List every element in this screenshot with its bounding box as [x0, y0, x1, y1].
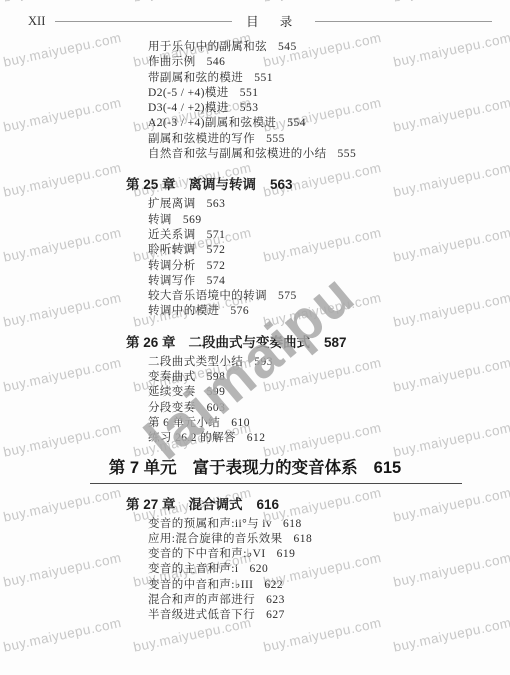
toc-entry-title: 转调 [148, 214, 172, 226]
toc-entry-title: 半音级进式低音下行 [148, 609, 255, 621]
unit-heading-rule [90, 483, 462, 484]
toc-entry-title: 变奏曲式 [148, 371, 196, 383]
watermark-tile: buy.maiyuepu.com [262, 0, 383, 5]
toc-entry-title: 较大音乐语境中的转调 [148, 290, 267, 302]
toc-entry-page: 619 [277, 548, 296, 560]
header-rule-right [315, 21, 492, 22]
toc-entry: 变奏曲式598 [148, 370, 510, 385]
toc-entry: 延续变奏599 [148, 385, 510, 400]
toc-entry-title: 近关系调 [148, 229, 196, 241]
toc-entry-title: 扩展离调 [148, 198, 196, 210]
toc-entry-page: 569 [183, 214, 202, 226]
book-page: buy.maiyuepu.combuy.maiyuepu.combuy.maiy… [0, 0, 510, 675]
toc-entry-page: 545 [278, 41, 297, 53]
toc-entry-title: 带副属和弦的模进 [148, 72, 243, 84]
toc-entry: 第 6 单元小结610 [148, 416, 510, 431]
toc-entry-page: 546 [207, 56, 226, 68]
toc-entry: 变音的中音和声:♭III622 [148, 578, 510, 593]
toc-entry-page: 572 [207, 244, 226, 256]
toc-entry: 变音的预属和声:ii°与 iv618 [148, 517, 510, 532]
toc-entry-title: 聆听转调 [148, 244, 196, 256]
toc-entry-list: 二段曲式类型小结593变奏曲式598延续变奏599分段变奏603第 6 单元小结… [148, 355, 510, 447]
watermark-tile: buy.maiyuepu.com [132, 0, 253, 5]
toc-entry-page: 555 [266, 133, 285, 145]
toc-entry: 转调中的模进576 [148, 304, 510, 319]
page-header: XII 目 录 [0, 12, 510, 30]
header-rule-left [55, 21, 232, 22]
toc-entry-page: 618 [294, 533, 313, 545]
toc-entry: 较大音乐语境中的转调575 [148, 289, 510, 304]
toc-entry-page: 554 [287, 117, 306, 129]
heading-label: 第 7 单元 [109, 459, 177, 477]
toc-entry-title: 用于乐句中的副属和弦 [148, 41, 267, 53]
toc-entry-title: 变音的预属和声:ii°与 iv [148, 518, 272, 530]
toc-entry-page: 618 [283, 518, 302, 530]
toc-entry-title: 副属和弦模进的写作 [148, 133, 255, 145]
toc-entry-title: 作曲示例 [148, 56, 196, 68]
heading-page: 616 [257, 497, 280, 512]
heading-title: 富于表现力的变音体系 [193, 459, 358, 477]
toc-entry-title: 转调写作 [148, 275, 196, 287]
toc-entry-page: 623 [266, 594, 285, 606]
heading-label: 第 27 章 [126, 497, 176, 512]
toc-entry: A2(-3 / +4)副属和弦模进554 [148, 116, 510, 131]
toc-entry-page: 563 [207, 198, 226, 210]
toc-entry-page: 593 [254, 356, 273, 368]
toc-entry: 近关系调571 [148, 228, 510, 243]
unit-heading-block: 第 7 单元富于表现力的变音体系615 [0, 458, 510, 484]
toc-entry: 用于乐句中的副属和弦545 [148, 40, 510, 55]
watermark-tile: buy.maiyuepu.com [392, 0, 510, 5]
heading-title: 离调与转调 [189, 177, 257, 192]
toc-entry: 带副属和弦的模进551 [148, 71, 510, 86]
toc-entry-list: 扩展离调563转调569近关系调571聆听转调572转调分析572转调写作574… [148, 197, 510, 319]
toc-entry: D2(-5 / +4)模进551 [148, 86, 510, 101]
toc-entry-page: 612 [247, 432, 266, 444]
toc-entry-title: D2(-5 / +4)模进 [148, 87, 229, 99]
toc-entry-title: 分段变奏 [148, 402, 196, 414]
toc-entry-title: 二段曲式类型小结 [148, 356, 243, 368]
toc-entry-title: 混合和声的声部进行 [148, 594, 255, 606]
toc-entry-title: 第 6 单元小结 [148, 417, 220, 429]
unit-heading: 第 7 单元富于表现力的变音体系615 [0, 458, 510, 479]
toc-entry: 变音的主音和声:i620 [148, 562, 510, 577]
toc-entry-title: 应用:混合旋律的音乐效果 [148, 533, 283, 545]
toc-entry-title: 转调分析 [148, 260, 196, 272]
toc-entry: 自然音和弦与副属和弦模进的小结555 [148, 147, 510, 162]
toc-entry-title: 延续变奏 [148, 386, 196, 398]
toc-entry-page: 603 [207, 402, 226, 414]
toc-entry-title: 变音的中音和声:♭III [148, 579, 253, 591]
toc-entry-title: 练习 26.2 的解答 [148, 432, 236, 444]
toc-entry-page: 571 [207, 229, 226, 241]
toc-entry-page: 555 [338, 148, 357, 160]
toc-entry: 转调分析572 [148, 259, 510, 274]
toc-entry-page: 553 [240, 102, 259, 114]
toc-entry: 扩展离调563 [148, 197, 510, 212]
heading-title: 二段曲式与变奏曲式 [189, 335, 311, 350]
toc-entry: 作曲示例546 [148, 55, 510, 70]
toc-entry-title: D3(-4 / +2)模进 [148, 102, 229, 114]
heading-page: 615 [374, 459, 402, 477]
toc: 用于乐句中的副属和弦545作曲示例546带副属和弦的模进551D2(-5 / +… [0, 40, 510, 624]
toc-entry-page: 576 [230, 305, 249, 317]
page-number-roman: XII [28, 14, 45, 29]
toc-entry-page: 599 [207, 386, 226, 398]
toc-entry-page: 574 [207, 275, 226, 287]
toc-entry: 分段变奏603 [148, 401, 510, 416]
toc-entry-page: 575 [278, 290, 297, 302]
toc-entry: 应用:混合旋律的音乐效果618 [148, 532, 510, 547]
toc-entry-page: 620 [250, 563, 269, 575]
toc-entry: 聆听转调572 [148, 243, 510, 258]
toc-entry: 二段曲式类型小结593 [148, 355, 510, 370]
toc-entry-title: A2(-3 / +4)副属和弦模进 [148, 117, 276, 129]
toc-entry: 半音级进式低音下行627 [148, 608, 510, 623]
toc-entry: 混合和声的声部进行623 [148, 593, 510, 608]
toc-entry: 副属和弦模进的写作555 [148, 132, 510, 147]
toc-entry: 转调写作574 [148, 274, 510, 289]
toc-entry: 转调569 [148, 213, 510, 228]
toc-entry-page: 598 [207, 371, 226, 383]
chapter-heading: 第 26 章二段曲式与变奏曲式587 [126, 333, 510, 352]
heading-title: 混合调式 [189, 497, 243, 512]
toc-entry-list: 变音的预属和声:ii°与 iv618应用:混合旋律的音乐效果618变音的下中音和… [148, 517, 510, 624]
toc-entry-page: 572 [207, 260, 226, 272]
toc-entry-page: 622 [264, 579, 283, 591]
toc-entry: D3(-4 / +2)模进553 [148, 101, 510, 116]
toc-entry: 练习 26.2 的解答612 [148, 431, 510, 446]
toc-entry-title: 变音的主音和声:i [148, 563, 239, 575]
toc-entry-title: 变音的下中音和声:♭VI [148, 548, 266, 560]
watermark-tile: buy.maiyuepu.com [2, 0, 123, 5]
heading-page: 563 [270, 177, 293, 192]
chapter-heading: 第 27 章混合调式616 [126, 495, 510, 514]
toc-entry-title: 自然音和弦与副属和弦模进的小结 [148, 148, 327, 160]
toc-entry-title: 转调中的模进 [148, 305, 219, 317]
heading-label: 第 25 章 [126, 177, 176, 192]
toc-entry-list: 用于乐句中的副属和弦545作曲示例546带副属和弦的模进551D2(-5 / +… [148, 40, 510, 162]
chapter-heading: 第 25 章离调与转调563 [126, 175, 510, 194]
toc-entry-page: 551 [240, 87, 259, 99]
toc-entry-page: 610 [231, 417, 250, 429]
toc-entry-page: 627 [266, 609, 285, 621]
heading-page: 587 [324, 335, 347, 350]
toc-entry: 变音的下中音和声:♭VI619 [148, 547, 510, 562]
heading-label: 第 26 章 [126, 335, 176, 350]
header-title: 目 录 [246, 12, 301, 30]
toc-entry-page: 551 [254, 72, 273, 84]
